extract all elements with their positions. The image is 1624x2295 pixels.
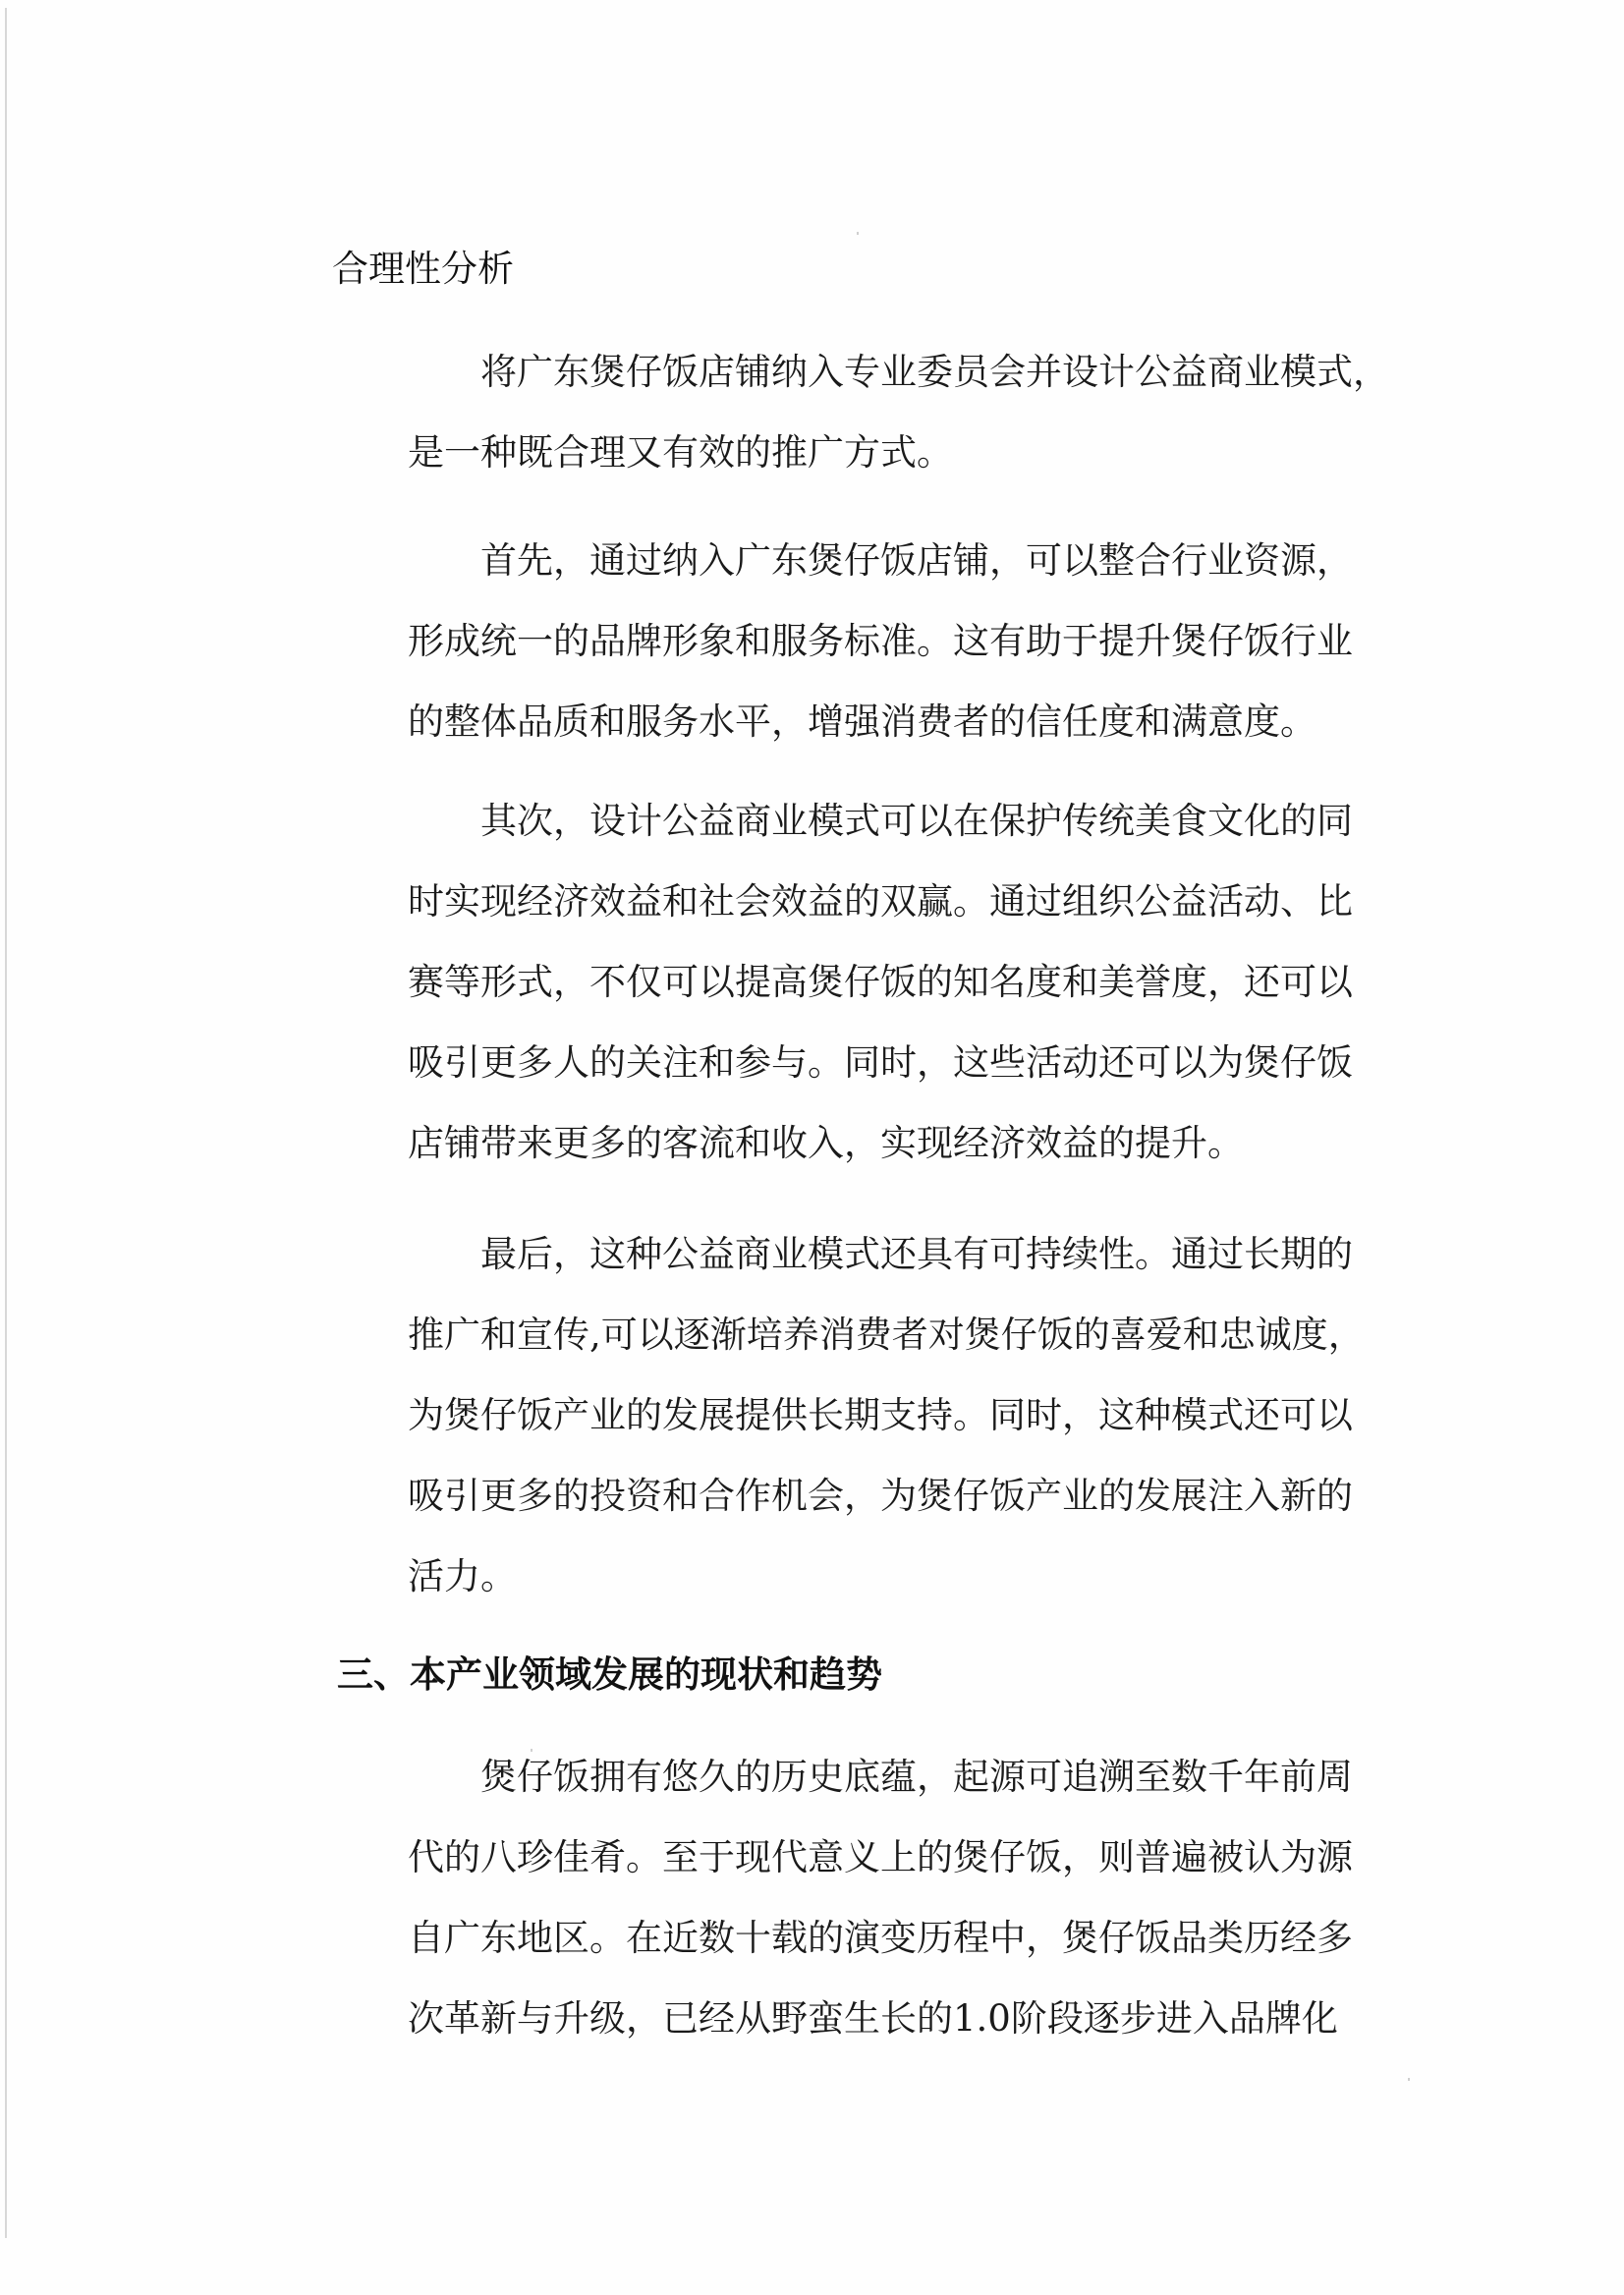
scan-edge-line	[5, 8, 7, 2238]
section-heading-rationality-analysis: 合理性分析	[332, 229, 514, 309]
paragraph-line: 是一种既合理又有效的推广方式。	[408, 413, 1371, 493]
paragraph-line: 自广东地区。在近数十载的演变历程中，煲仔饭品类历经多	[408, 1898, 1371, 1979]
paragraph-line: 次革新与升级，已经从野蛮生长的1.0阶段逐步进入品牌化	[408, 1979, 1371, 2059]
paragraph-line: 为煲仔饭产业的发展提供长期支持。同时，这种模式还可以	[408, 1375, 1371, 1456]
paragraph-line: 的整体品质和服务水平，增强消费者的信任度和满意度。	[408, 682, 1371, 762]
section-heading-industry-status-trends: 三、本产业领域发展的现状和趋势	[337, 1635, 882, 1715]
paragraph-line: 其次，设计公益商业模式可以在保护传统美食文化的同	[408, 781, 1371, 862]
document-page: 合理性分析 将广东煲仔饭店铺纳入专业委员会并设计公益商业模式， 是一种既合理又有…	[0, 0, 1624, 2295]
paragraph-third-point: 最后，这种公益商业模式还具有可持续性。通过长期的 推广和宣传,可以逐渐培养消费者…	[408, 1214, 1371, 1617]
paragraph-history: 煲仔饭拥有悠久的历史底蕴，起源可追溯至数千年前周 代的八珍佳肴。至于现代意义上的…	[408, 1737, 1371, 2059]
paragraph-line: 推广和宣传,可以逐渐培养消费者对煲仔饭的喜爱和忠诚度，	[408, 1295, 1371, 1375]
paragraph-line: 将广东煲仔饭店铺纳入专业委员会并设计公益商业模式，	[408, 332, 1371, 413]
paragraph-line: 时实现经济效益和社会效益的双赢。通过组织公益活动、比	[408, 862, 1371, 942]
paragraph-line: 煲仔饭拥有悠久的历史底蕴，起源可追溯至数千年前周	[408, 1737, 1371, 1818]
paragraph-intro: 将广东煲仔饭店铺纳入专业委员会并设计公益商业模式， 是一种既合理又有效的推广方式…	[408, 332, 1371, 493]
paragraph-line: 最后，这种公益商业模式还具有可持续性。通过长期的	[408, 1214, 1371, 1295]
paragraph-second-point: 其次，设计公益商业模式可以在保护传统美食文化的同 时实现经济效益和社会效益的双赢…	[408, 781, 1371, 1184]
scan-speck	[1408, 2078, 1410, 2081]
paragraph-line: 首先，通过纳入广东煲仔饭店铺，可以整合行业资源，	[408, 521, 1371, 601]
paragraph-line: 吸引更多人的关注和参与。同时，这些活动还可以为煲仔饭	[408, 1023, 1371, 1103]
paragraph-line: 代的八珍佳肴。至于现代意义上的煲仔饭，则普遍被认为源	[408, 1818, 1371, 1898]
paragraph-line: 形成统一的品牌形象和服务标准。这有助于提升煲仔饭行业	[408, 601, 1371, 682]
paragraph-line: 赛等形式，不仅可以提高煲仔饭的知名度和美誉度，还可以	[408, 942, 1371, 1023]
scan-speck	[531, 1749, 532, 1752]
paragraph-line: 活力。	[408, 1537, 1371, 1617]
paragraph-first-point: 首先，通过纳入广东煲仔饭店铺，可以整合行业资源， 形成统一的品牌形象和服务标准。…	[408, 521, 1371, 762]
paragraph-line: 吸引更多的投资和合作机会，为煲仔饭产业的发展注入新的	[408, 1456, 1371, 1537]
scan-speck	[857, 232, 859, 235]
paragraph-line: 店铺带来更多的客流和收入，实现经济效益的提升。	[408, 1103, 1371, 1184]
